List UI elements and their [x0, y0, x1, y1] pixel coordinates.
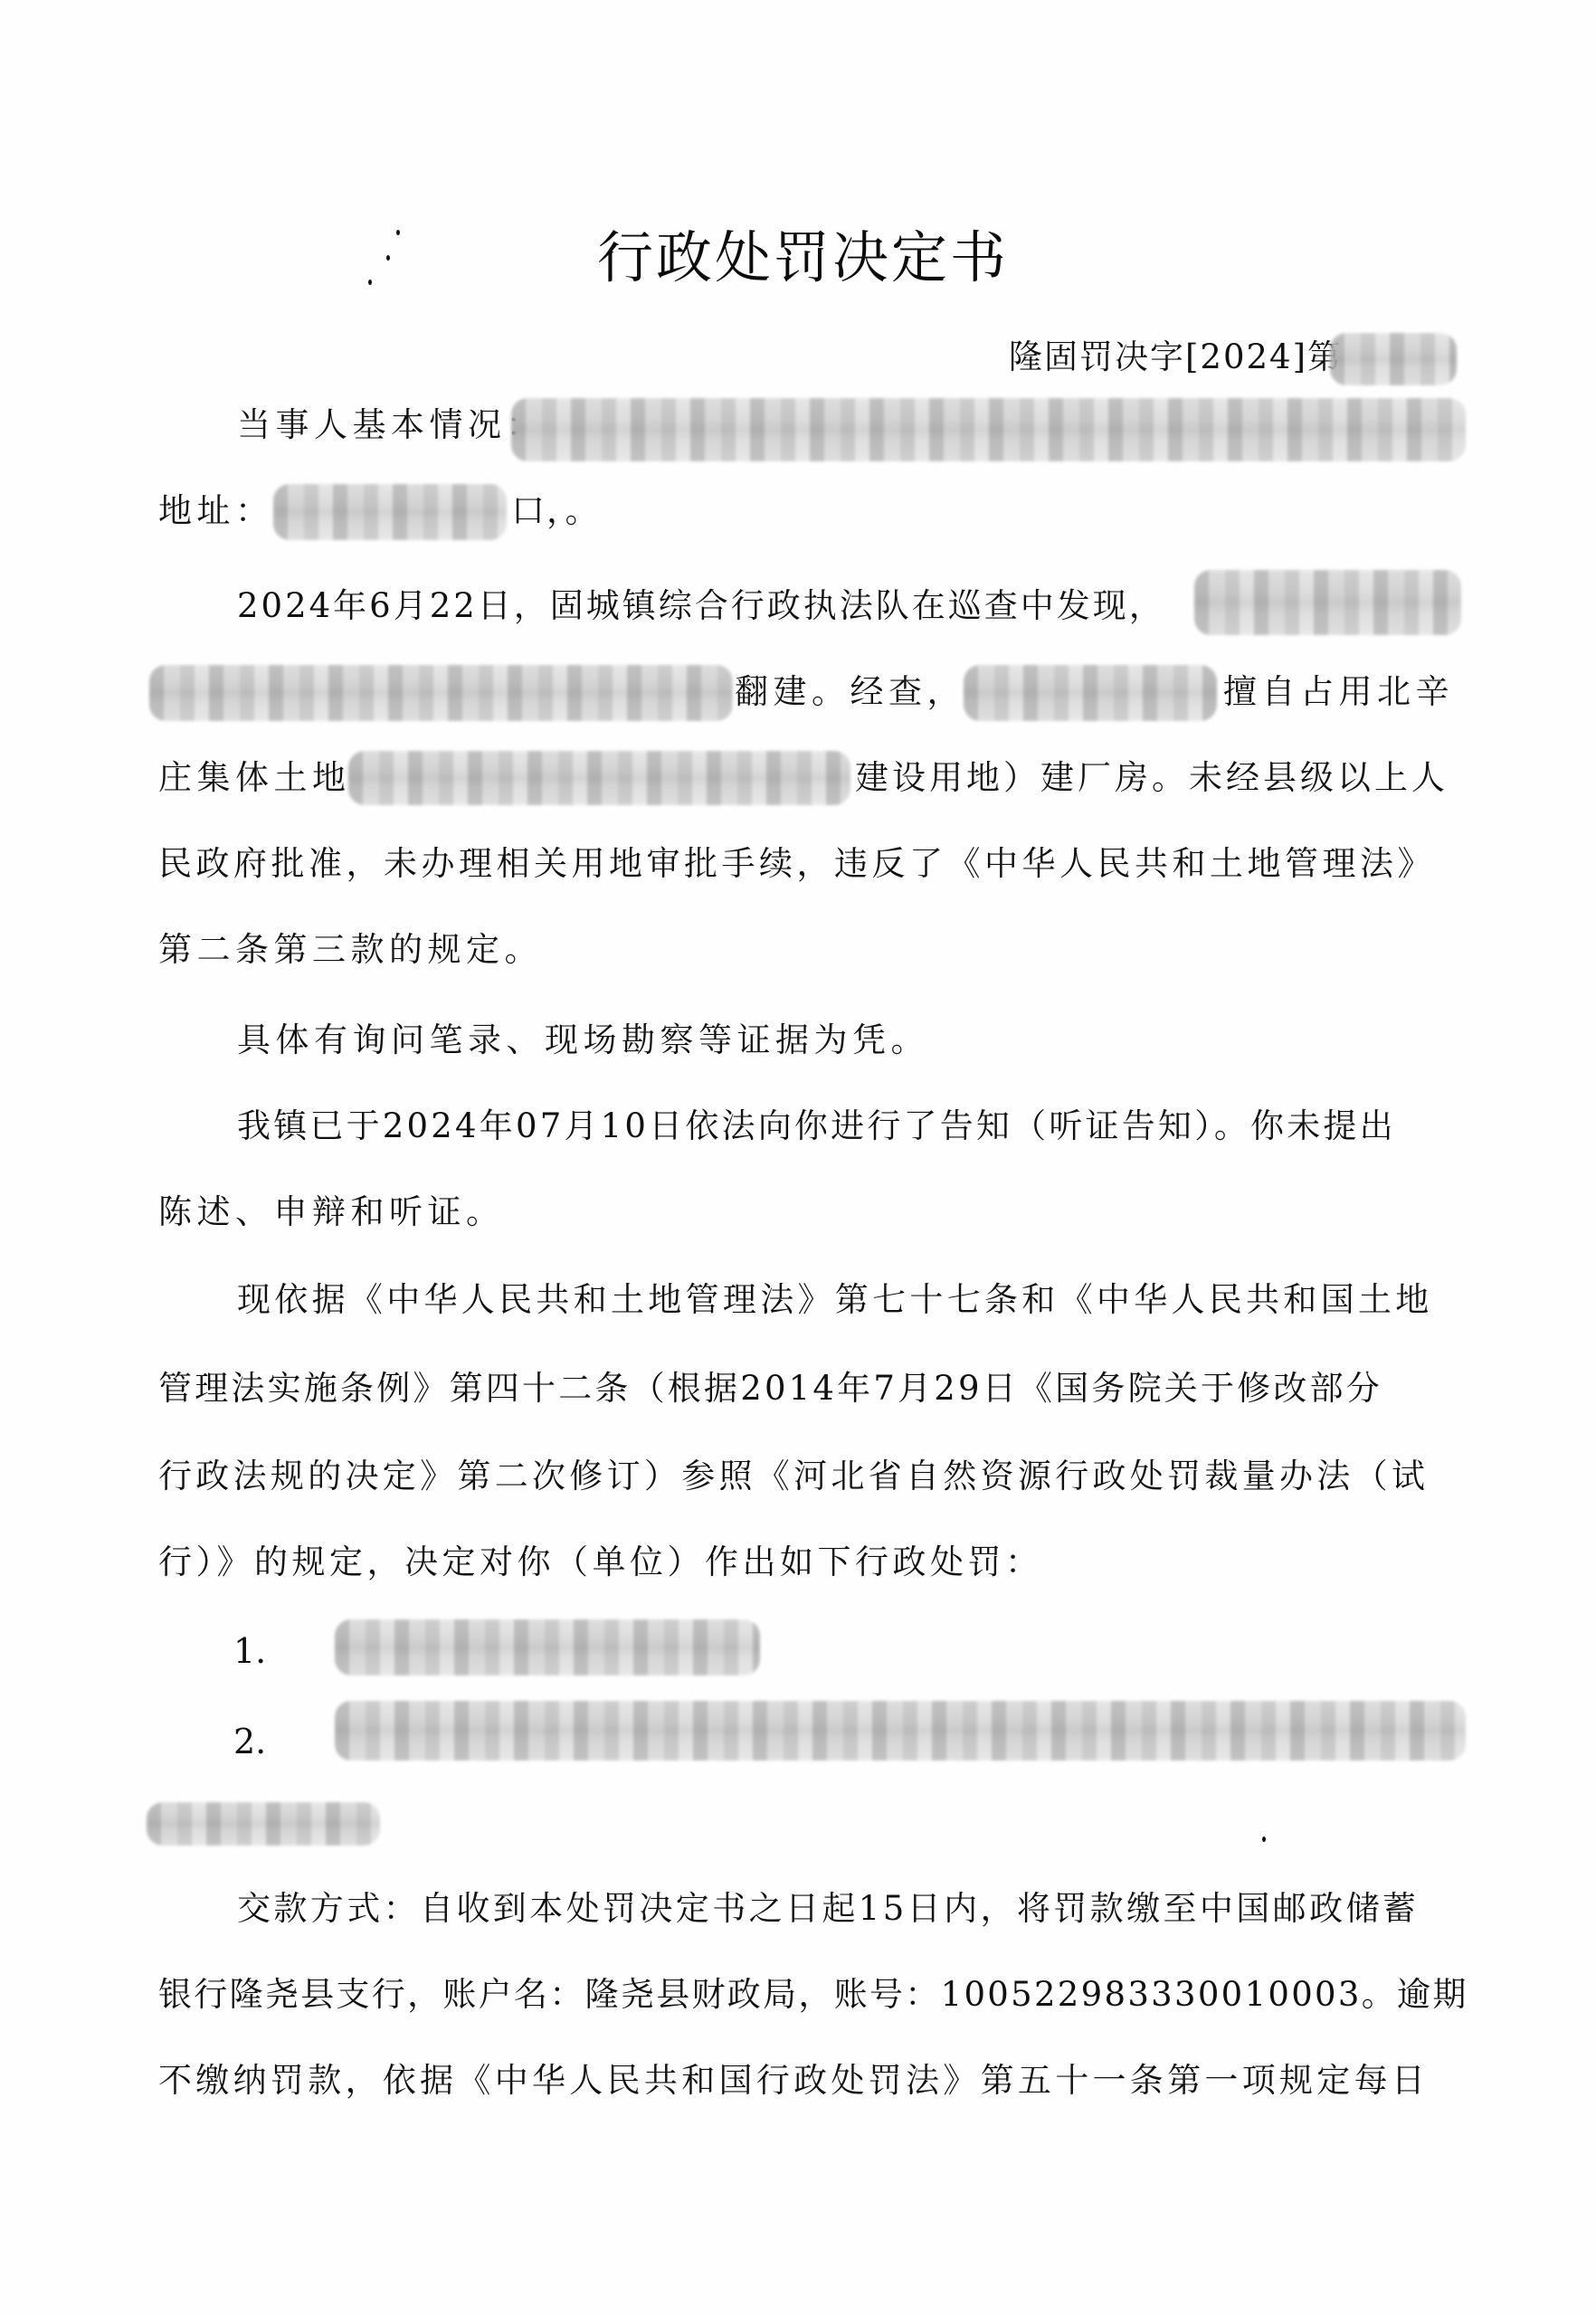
- redacted-doc-number: [1330, 333, 1457, 385]
- facts-line-4: 民政府批准，未办理相关用地审批手续，违反了《中华人民共和土地管理法》: [158, 843, 1435, 885]
- scan-speck: [368, 280, 372, 285]
- penalty-1-number: 1.: [233, 1630, 266, 1672]
- redacted-penalty-1: [335, 1619, 760, 1675]
- address-tail: 口，。: [511, 490, 601, 532]
- facts-line-3-head: 庄集体土地: [158, 757, 351, 799]
- document-page: 行政处罚决定书 隆固罚决字[2024]第 当事人基本情况： 地址： 口，。 20…: [0, 0, 1596, 2316]
- facts-line-5: 第二条第三款的规定。: [158, 929, 543, 971]
- facts-line-2-mid: 翻建。经查，: [735, 671, 965, 713]
- redacted-facts-2: [149, 665, 733, 721]
- document-title: 行政处罚决定书: [597, 222, 1009, 294]
- address-label: 地址：: [158, 490, 274, 532]
- penalty-2-number: 2.: [233, 1721, 266, 1762]
- facts-line-2-tail: 擅自占用北辛: [1223, 671, 1454, 713]
- document-number: 隆固罚决字[2024]第: [1009, 337, 1343, 378]
- redacted-facts-4: [348, 751, 850, 805]
- redacted-facts-1: [1194, 570, 1461, 635]
- payment-line-2: 银行隆尧县支行，账户名：隆尧县财政局，账号：100522983330010003…: [158, 1974, 1468, 2016]
- payment-line-3: 不缴纳罚款，依据《中华人民共和国行政处罚法》第五十一条第一项规定每日: [158, 2060, 1429, 2102]
- redacted-penalty-2-cont: [147, 1802, 380, 1846]
- basis-line-4: 行）》的规定，决定对你（单位）作出如下行政处罚：: [158, 1542, 1043, 1583]
- basis-line-1: 现依据《中华人民共和土地管理法》第七十七条和《中华人民共和国土地: [237, 1279, 1433, 1321]
- notice-line-1: 我镇已于2024年07月10日依法向你进行了告知（听证告知）。你未提出: [237, 1106, 1396, 1147]
- scan-speck: [1262, 1837, 1266, 1842]
- redacted-address: [273, 484, 507, 540]
- redacted-penalty-2: [335, 1701, 1466, 1761]
- notice-line-2: 陈述、申辩和听证。: [158, 1191, 505, 1233]
- scan-speck: [396, 230, 400, 235]
- basis-line-3: 行政法规的决定》第二次修订）参照《河北省自然资源行政处罚裁量办法（试: [158, 1456, 1429, 1497]
- basis-line-2: 管理法实施条例》第四十二条（根据2014年7月29日《国务院关于修改部分: [158, 1368, 1382, 1410]
- evidence-line: 具体有询问笔录、现场勘察等证据为凭。: [237, 1020, 929, 1061]
- scan-speck: [386, 255, 390, 261]
- party-label: 当事人基本情况：: [237, 404, 545, 446]
- facts-line-1: 2024年6月22日，固城镇综合行政执法队在巡查中发现，: [237, 585, 1165, 627]
- redacted-party-info: [511, 398, 1466, 461]
- payment-line-1: 交款方式：自收到本处罚决定书之日起15日内，将罚款缴至中国邮政储蓄: [237, 1888, 1419, 1930]
- facts-line-3-tail: 建设用地）建厂房。未经县级以上人: [855, 757, 1449, 799]
- redacted-facts-3: [964, 665, 1217, 721]
